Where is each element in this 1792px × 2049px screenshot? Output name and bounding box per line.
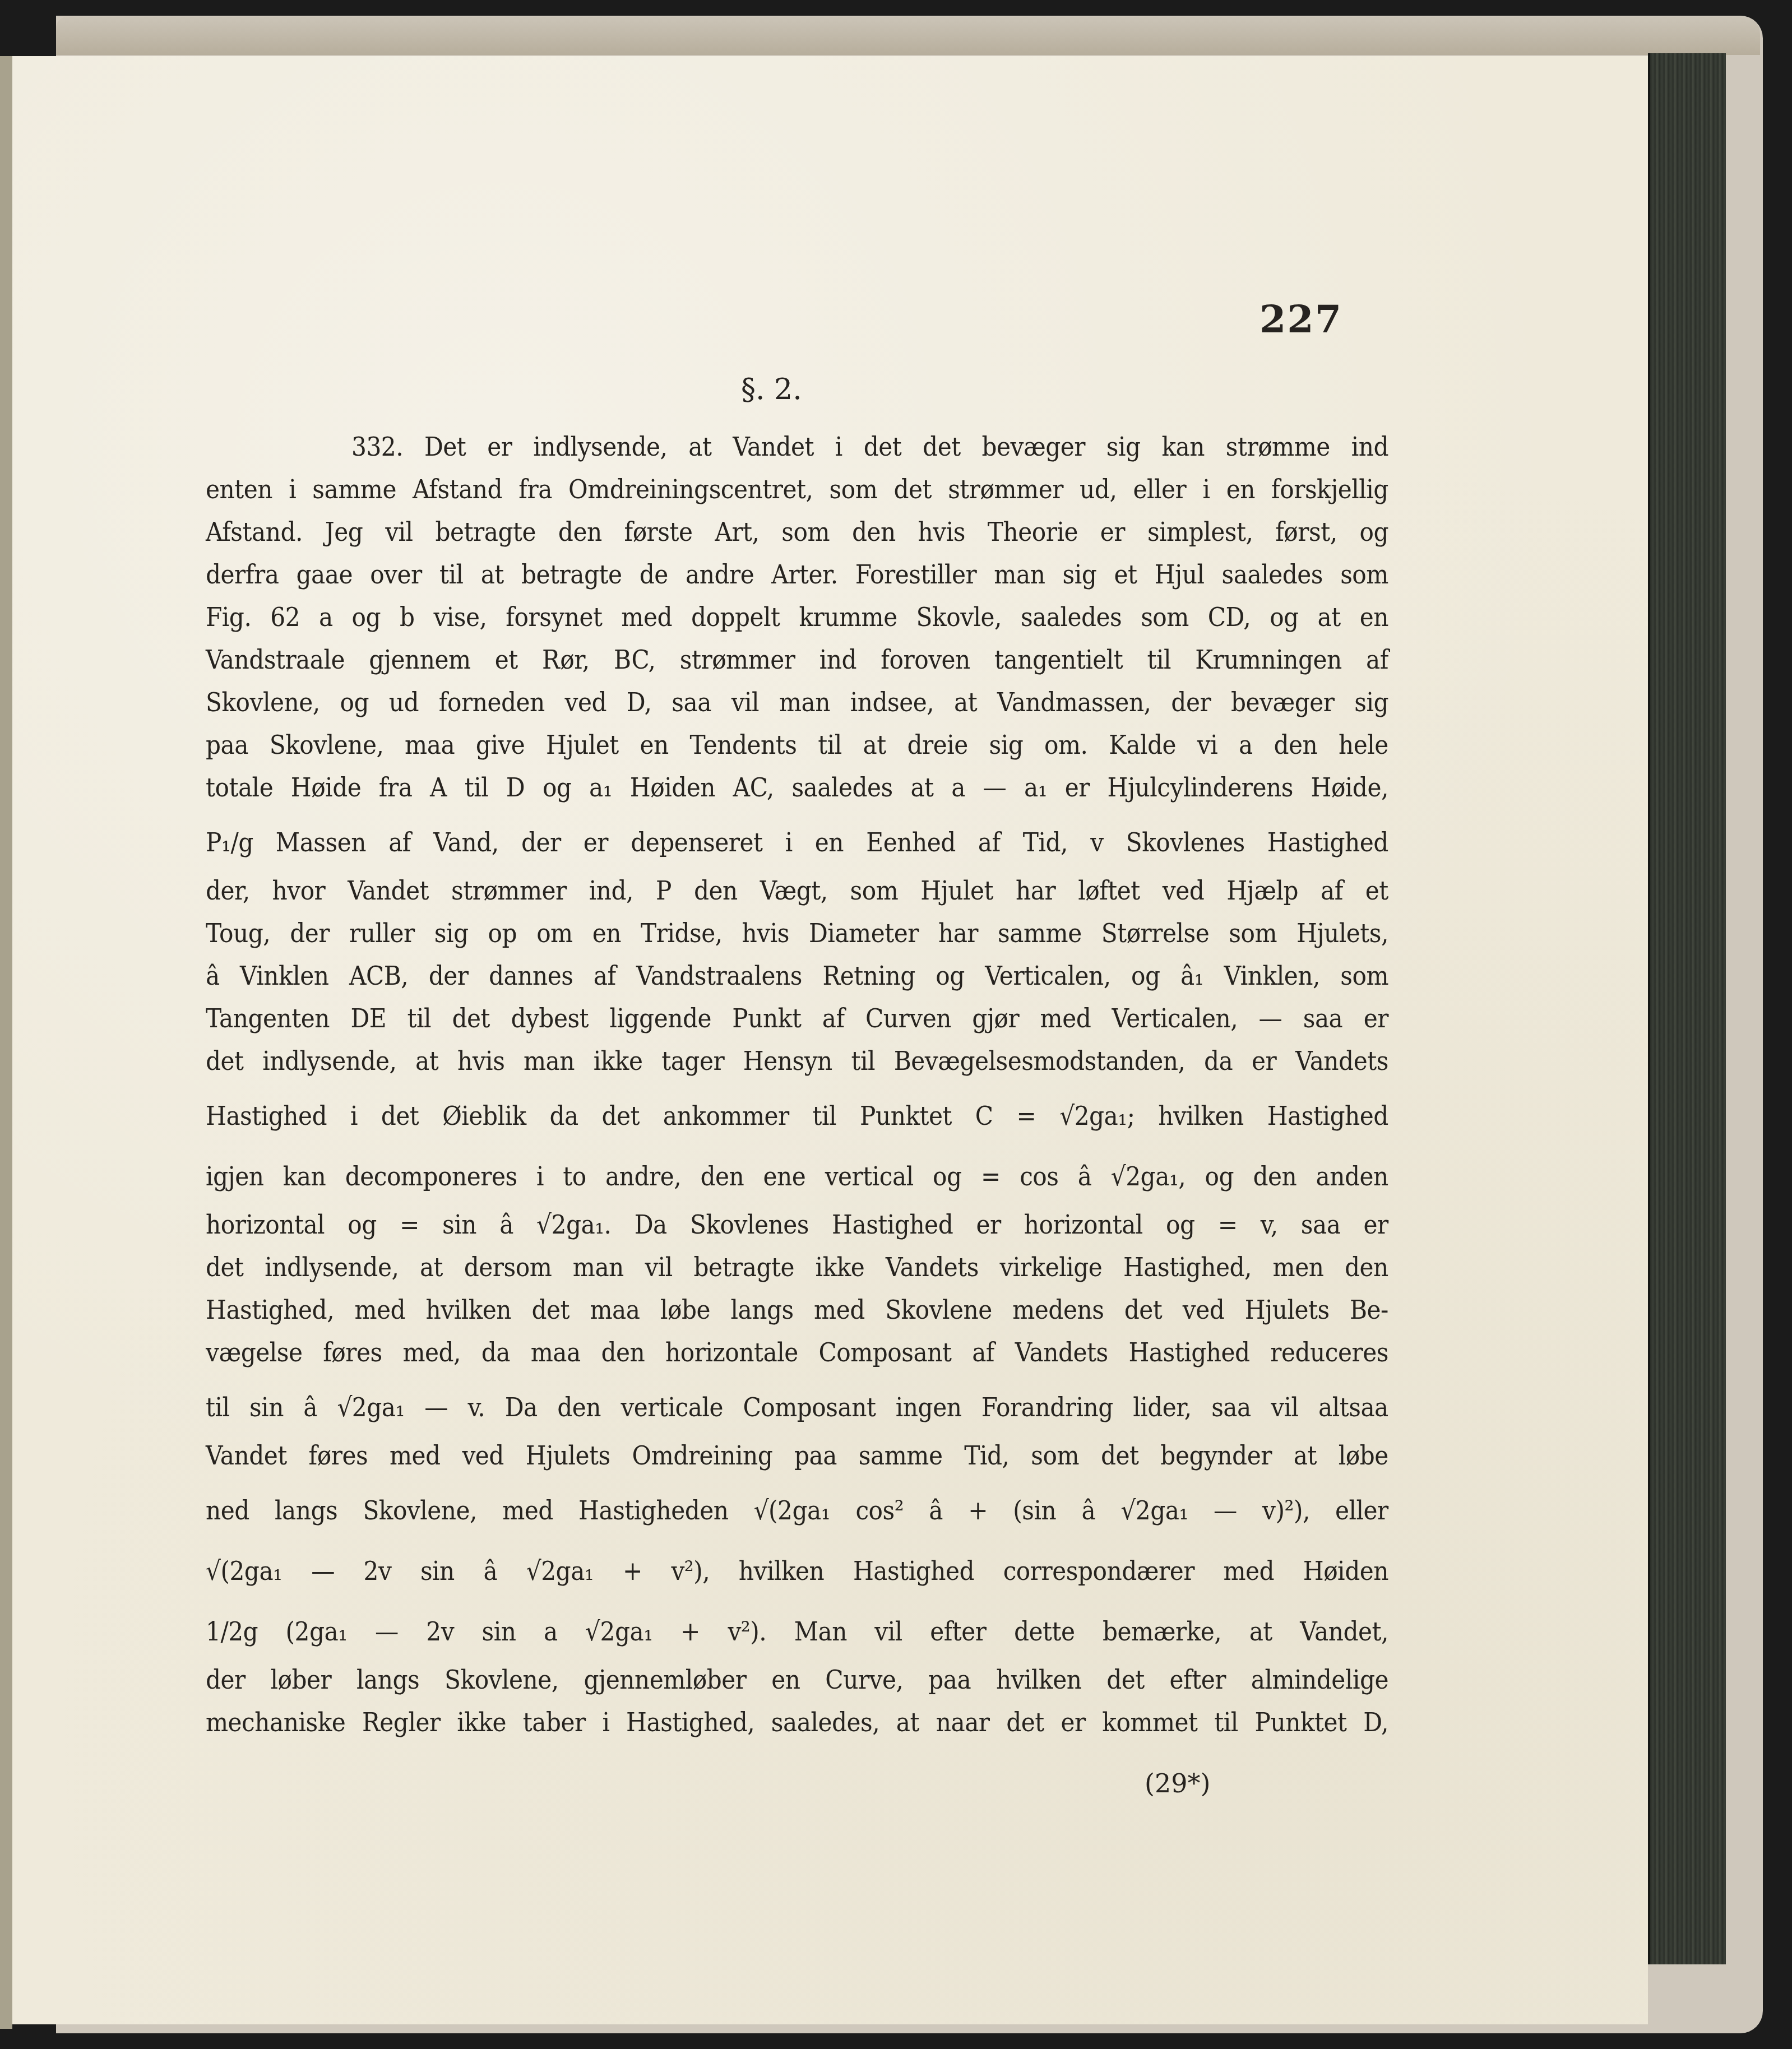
word: da <box>1204 1040 1233 1083</box>
text-line-with-formula: nedlangsSkovlene,medHastigheden√(2ga₁cos… <box>206 1477 1388 1538</box>
word: indlysende, <box>262 1040 396 1083</box>
word: Hastigheden <box>578 1477 728 1538</box>
word: D <box>506 767 525 809</box>
word: hvilken <box>996 1659 1082 1702</box>
word: Hastighed, <box>626 1702 754 1744</box>
word: løbe <box>660 1289 710 1332</box>
word: Composant <box>743 1374 876 1435</box>
word: med <box>354 1289 405 1332</box>
word: dreie <box>907 724 967 767</box>
word: og <box>352 596 381 639</box>
word: Vandets <box>1295 1040 1388 1083</box>
word: et <box>1114 554 1137 596</box>
text-line-with-formula: √(2ga₁—2vsinâ√2ga₁+v²),hvilkenHastighedc… <box>206 1538 1388 1598</box>
text-line-with-formula: HastighedidetØieblikdadetankommertilPunk… <box>206 1083 1388 1143</box>
word: ikke <box>594 1040 643 1083</box>
book-page: 227 §. 2. 332.Deterindlysende,atVandetid… <box>12 56 1648 2024</box>
word: det <box>1106 1659 1145 1702</box>
word: samme <box>312 469 396 511</box>
word: strømmer <box>948 469 1063 511</box>
word: vise, <box>433 596 487 639</box>
word: Hastighed <box>206 1083 327 1143</box>
word: løber <box>271 1659 332 1702</box>
word: vil <box>731 682 759 724</box>
word: igjen <box>206 1143 263 1204</box>
word: Tid, <box>964 1435 1009 1477</box>
word: Hastighed <box>1128 1332 1249 1374</box>
word: almindelige <box>1251 1659 1388 1702</box>
word: a₁ <box>589 767 612 809</box>
word: Vandstraale <box>206 639 345 682</box>
word: Vandmassen, <box>997 682 1151 724</box>
word: ned <box>206 1477 249 1538</box>
word: over <box>370 554 422 596</box>
word: Hjulets, <box>1296 912 1388 955</box>
word: og <box>936 955 965 998</box>
word: totale <box>206 767 273 809</box>
word: v, <box>1261 1204 1278 1246</box>
word: er <box>1364 998 1388 1040</box>
word: a <box>1239 724 1253 767</box>
word: et <box>495 639 518 682</box>
word: at <box>481 554 504 596</box>
word: en <box>771 1659 800 1702</box>
word: Afstand <box>413 469 502 511</box>
word: Verticalen, <box>985 955 1111 998</box>
word: — <box>375 1598 399 1659</box>
text-line: der,hvorVandetstrømmerind,PdenVægt,somHj… <box>206 870 1388 912</box>
word: ikke <box>816 1246 865 1289</box>
word: + <box>623 1538 642 1598</box>
word: v <box>1090 809 1103 870</box>
word: indsee, <box>850 682 934 724</box>
word: som <box>850 870 899 912</box>
word: (2ga₁ <box>286 1598 348 1659</box>
word: Skovlenes <box>1126 809 1245 870</box>
word: at <box>863 724 886 767</box>
word: depenseret <box>631 809 762 870</box>
word: kan <box>1161 426 1205 469</box>
word: Afstand. <box>206 511 303 554</box>
word: Punktet <box>860 1083 952 1143</box>
word: derfra <box>206 554 279 596</box>
word: Øieblik <box>442 1083 526 1143</box>
word: af <box>1321 870 1343 912</box>
word: Jeg <box>325 511 363 554</box>
word: a <box>544 1598 558 1659</box>
word: v. <box>468 1374 485 1435</box>
word: Høide, <box>1311 767 1388 809</box>
word: saaledes <box>1021 596 1122 639</box>
text-line-with-fraction: 1/2g(2ga₁—2vsina√2ga₁+v²).Manvilefterdet… <box>206 1598 1388 1659</box>
word: Massen <box>276 809 366 870</box>
word: Tangenten <box>206 998 330 1040</box>
word: v)²), <box>1262 1477 1310 1538</box>
word: vægelse <box>206 1332 302 1374</box>
word: der <box>1171 682 1211 724</box>
word: betragte <box>435 511 536 554</box>
word: Vinklen <box>240 955 328 998</box>
word: en <box>815 809 844 870</box>
word: det <box>452 998 490 1040</box>
gutter-strip <box>0 56 12 2029</box>
word: krumme <box>799 596 897 639</box>
word: der <box>290 912 330 955</box>
word: AC, <box>733 767 774 809</box>
word: fra <box>379 767 413 809</box>
word: ikke <box>457 1702 506 1744</box>
text-line: paaSkovlene,maagiveHjuletenTendentstilat… <box>206 724 1388 767</box>
word: det <box>206 1040 244 1083</box>
word: enten <box>206 469 272 511</box>
word: ankommer <box>663 1083 789 1143</box>
text-line: VandstraalegjennemetRør,BC,strømmerindfo… <box>206 639 1388 682</box>
word: correspondærer <box>1003 1538 1194 1598</box>
word: at <box>688 426 711 469</box>
word: og <box>1359 511 1388 554</box>
word: Regler <box>362 1702 441 1744</box>
word: Skovlene, <box>363 1477 477 1538</box>
word: er <box>1364 1204 1388 1246</box>
text-line: Fig.62aogbvise,forsynetmeddoppeltkrummeS… <box>206 596 1388 639</box>
word: gaae <box>297 554 353 596</box>
word: begynder <box>1160 1435 1272 1477</box>
word: forsynet <box>506 596 602 639</box>
word: og <box>543 767 572 809</box>
word: til <box>439 554 464 596</box>
word: af <box>594 955 616 998</box>
word: sin <box>420 1538 455 1598</box>
word: Punktet <box>1254 1702 1346 1744</box>
word: √2ga₁. <box>536 1204 611 1246</box>
word: naar <box>936 1702 990 1744</box>
word: den <box>558 511 602 554</box>
word: â <box>483 1538 497 1598</box>
word: 2v <box>426 1598 454 1659</box>
word: som <box>1141 596 1189 639</box>
word: Tendents <box>690 724 797 767</box>
word: â <box>303 1374 317 1435</box>
word: af <box>978 809 1001 870</box>
word: den <box>557 1374 601 1435</box>
word: hvilken <box>1158 1083 1244 1143</box>
word: D, <box>627 682 652 724</box>
word: decomponeres <box>345 1143 517 1204</box>
word: â <box>1081 1477 1095 1538</box>
word: vil <box>874 1598 902 1659</box>
word: — <box>1214 1477 1237 1538</box>
word: Arter. <box>771 554 837 596</box>
word: at <box>910 767 933 809</box>
word: Høiden <box>630 767 715 809</box>
word: bemærke, <box>1103 1598 1221 1659</box>
word: det <box>206 1246 244 1289</box>
word: der, <box>206 870 250 912</box>
word: er <box>1061 1702 1085 1744</box>
word: det <box>893 469 932 511</box>
word: saaledes, <box>771 1702 879 1744</box>
word: sin <box>442 1204 476 1246</box>
word: horizontal <box>206 1204 325 1246</box>
word: Rør, <box>542 639 590 682</box>
word: hvilken <box>426 1289 512 1332</box>
word: er <box>1100 511 1125 554</box>
word: indlysende, <box>265 1246 399 1289</box>
word: Vandet <box>348 870 429 912</box>
word: = <box>400 1204 419 1246</box>
word: saaledes <box>1222 554 1323 596</box>
word: √2ga₁ <box>1120 1477 1188 1538</box>
word: a₁ <box>1024 767 1047 809</box>
word: Vand, <box>433 809 499 870</box>
word: mechaniske <box>206 1702 345 1744</box>
text-line: derløberlangsSkovlene,gjennemløberenCurv… <box>206 1659 1388 1702</box>
word: Forandring <box>981 1374 1113 1435</box>
word: tager <box>661 1040 724 1083</box>
word: vertical <box>825 1143 914 1204</box>
word: bevæger <box>981 426 1085 469</box>
word: paa <box>794 1435 837 1477</box>
word: betragte <box>521 554 622 596</box>
word: som <box>1031 1435 1079 1477</box>
word: er <box>976 1204 1001 1246</box>
word: BC, <box>614 639 656 682</box>
word: til <box>813 1083 837 1143</box>
word: saa <box>1301 1204 1341 1246</box>
text-line: totaleHøidefraAtilDoga₁HøidenAC,saaledes… <box>206 767 1388 809</box>
book-top-edge <box>56 17 1760 55</box>
word: med <box>1224 1538 1275 1598</box>
signature-mark: (29*) <box>1145 1768 1210 1798</box>
word: i <box>536 1143 544 1204</box>
word: som <box>781 511 830 554</box>
word: andre, <box>605 1143 681 1204</box>
word: er <box>487 426 512 469</box>
word: taber <box>523 1702 586 1744</box>
word: er <box>584 809 608 870</box>
word: i <box>785 809 793 870</box>
word: D, <box>1363 1702 1388 1744</box>
word: gjør <box>972 998 1019 1040</box>
word: af <box>1366 639 1388 682</box>
word: til <box>408 998 432 1040</box>
word: â <box>929 1477 943 1538</box>
word: og <box>348 1204 377 1246</box>
word: med <box>1040 998 1091 1040</box>
word: paa <box>928 1659 971 1702</box>
word: Størrelse <box>1101 912 1210 955</box>
word: ACB, <box>349 955 408 998</box>
word: foroven <box>881 639 970 682</box>
word: man <box>779 682 830 724</box>
word: gjennemløber <box>584 1659 746 1702</box>
word: man <box>994 554 1045 596</box>
word: (sin <box>1013 1477 1056 1538</box>
word: Composant <box>818 1332 951 1374</box>
word: — <box>983 767 1007 809</box>
word: til <box>1147 639 1171 682</box>
word: og <box>1166 1204 1195 1246</box>
word: sin <box>249 1374 284 1435</box>
word: det <box>1101 1435 1139 1477</box>
word: virkelige <box>999 1246 1102 1289</box>
text-line-with-formula: tilsinâ√2ga₁—v.DadenverticaleComposantin… <box>206 1374 1388 1435</box>
word: Bevægelsesmodstanden, <box>894 1040 1186 1083</box>
word: doppelt <box>691 596 780 639</box>
word: ved <box>1183 1289 1224 1332</box>
word: strømmer <box>451 870 567 912</box>
word: Skovlene, <box>206 682 320 724</box>
word: ind <box>1351 426 1388 469</box>
word: andre <box>686 554 754 596</box>
page-edges-stack <box>1648 53 1726 1964</box>
word: maa <box>590 1289 640 1332</box>
word: v²). <box>728 1598 766 1659</box>
word: som <box>1340 955 1388 998</box>
word: vil <box>645 1246 672 1289</box>
word: ud <box>389 682 419 724</box>
word: Vandet <box>206 1435 287 1477</box>
word: Hastighed <box>1267 1083 1388 1143</box>
word: man <box>524 1040 575 1083</box>
word: dette <box>1014 1598 1075 1659</box>
word: Hensyn <box>743 1040 832 1083</box>
word: løftet <box>1078 870 1140 912</box>
word: saa <box>1303 998 1343 1040</box>
word: Curven <box>865 998 951 1040</box>
text-line-with-formula: horizontalog=sinâ√2ga₁.DaSkovlenesHastig… <box>206 1204 1388 1246</box>
word: lider, <box>1133 1374 1192 1435</box>
word: ved <box>565 682 606 724</box>
word: ind, <box>589 870 633 912</box>
word: i <box>835 426 842 469</box>
word: i <box>289 469 296 511</box>
word: maa <box>405 724 455 767</box>
word: √2ga₁ <box>337 1374 405 1435</box>
word: ingen <box>896 1374 962 1435</box>
word: Skovlenes <box>690 1204 809 1246</box>
word: en <box>592 912 621 955</box>
word: saa <box>672 682 711 724</box>
word: saa <box>1211 1374 1251 1435</box>
word: af <box>822 998 845 1040</box>
word: ved <box>1163 870 1204 912</box>
word: den <box>1345 1246 1388 1289</box>
word: Vandet <box>733 426 814 469</box>
word: hvor <box>272 870 326 912</box>
word: og <box>1205 1143 1234 1204</box>
word: og <box>1270 596 1299 639</box>
word: med, <box>402 1332 461 1374</box>
word: føres <box>323 1332 382 1374</box>
word: med <box>390 1435 441 1477</box>
word: Be- <box>1350 1289 1388 1332</box>
word: af <box>972 1332 994 1374</box>
word: i <box>602 1702 609 1744</box>
word: â₁ <box>1180 955 1203 998</box>
word: den <box>601 1332 645 1374</box>
word: Tridse, <box>641 912 723 955</box>
word: Verticalen, <box>1112 998 1238 1040</box>
word: — <box>424 1374 448 1435</box>
word: Curve, <box>825 1659 903 1702</box>
word: saaledes <box>791 767 892 809</box>
word: ind <box>819 639 856 682</box>
word: hvilken <box>739 1538 825 1598</box>
word: cos <box>1020 1143 1058 1204</box>
word: samme <box>998 912 1082 955</box>
word: + <box>680 1598 700 1659</box>
word: CD, <box>1208 596 1251 639</box>
word: Fig. <box>206 596 251 639</box>
word: i <box>1202 469 1210 511</box>
word: først, <box>1275 511 1337 554</box>
word: vil <box>385 511 413 554</box>
word: eller <box>1133 469 1187 511</box>
word: den <box>694 870 738 912</box>
word: anden <box>1316 1143 1388 1204</box>
word: betragte <box>693 1246 794 1289</box>
word: den <box>1274 724 1317 767</box>
word: det <box>923 426 961 469</box>
word: ved <box>462 1435 503 1477</box>
word: en <box>1360 596 1388 639</box>
word: en <box>640 724 669 767</box>
word: sig <box>1106 426 1141 469</box>
word: Vinklen, <box>1224 955 1320 998</box>
text-line: Afstand.JegvilbetragtedenførsteArt,somde… <box>206 511 1388 554</box>
word: Tid, <box>1023 809 1068 870</box>
word: simplest, <box>1147 511 1253 554</box>
word: — <box>1259 998 1282 1040</box>
word: P <box>656 870 672 912</box>
word: gjennem <box>369 639 470 682</box>
word: liggende <box>609 998 711 1040</box>
word: √2ga₁ <box>585 1598 653 1659</box>
word: Diameter <box>809 912 919 955</box>
word: cos² <box>855 1477 904 1538</box>
word: vil <box>1271 1374 1298 1435</box>
word: Hjul <box>1155 554 1205 596</box>
word: hvis <box>918 511 965 554</box>
word: det <box>1124 1289 1163 1332</box>
word: der <box>206 1659 246 1702</box>
word: til <box>851 1040 876 1083</box>
word: op <box>488 912 517 955</box>
word: efter <box>930 1598 986 1659</box>
word: Da <box>505 1374 538 1435</box>
word: til <box>206 1374 230 1435</box>
word: â <box>206 955 220 998</box>
word: = <box>1218 1204 1238 1246</box>
word: til <box>1214 1702 1238 1744</box>
word: at <box>420 1246 443 1289</box>
word: Hastighed, <box>1123 1246 1252 1289</box>
word: første <box>624 511 692 554</box>
word: a <box>319 596 333 639</box>
word: med <box>621 596 672 639</box>
text-line: vægelseføresmed,damaadenhorizontaleCompo… <box>206 1332 1388 1374</box>
word: Vægt, <box>760 870 828 912</box>
word: en <box>1226 469 1255 511</box>
word: langs <box>730 1289 793 1332</box>
word: at <box>1249 1598 1272 1659</box>
word: og <box>340 682 369 724</box>
word: hvis <box>742 912 789 955</box>
word: de <box>640 554 668 596</box>
word: er <box>1065 767 1090 809</box>
word: 1/2g <box>206 1598 258 1659</box>
